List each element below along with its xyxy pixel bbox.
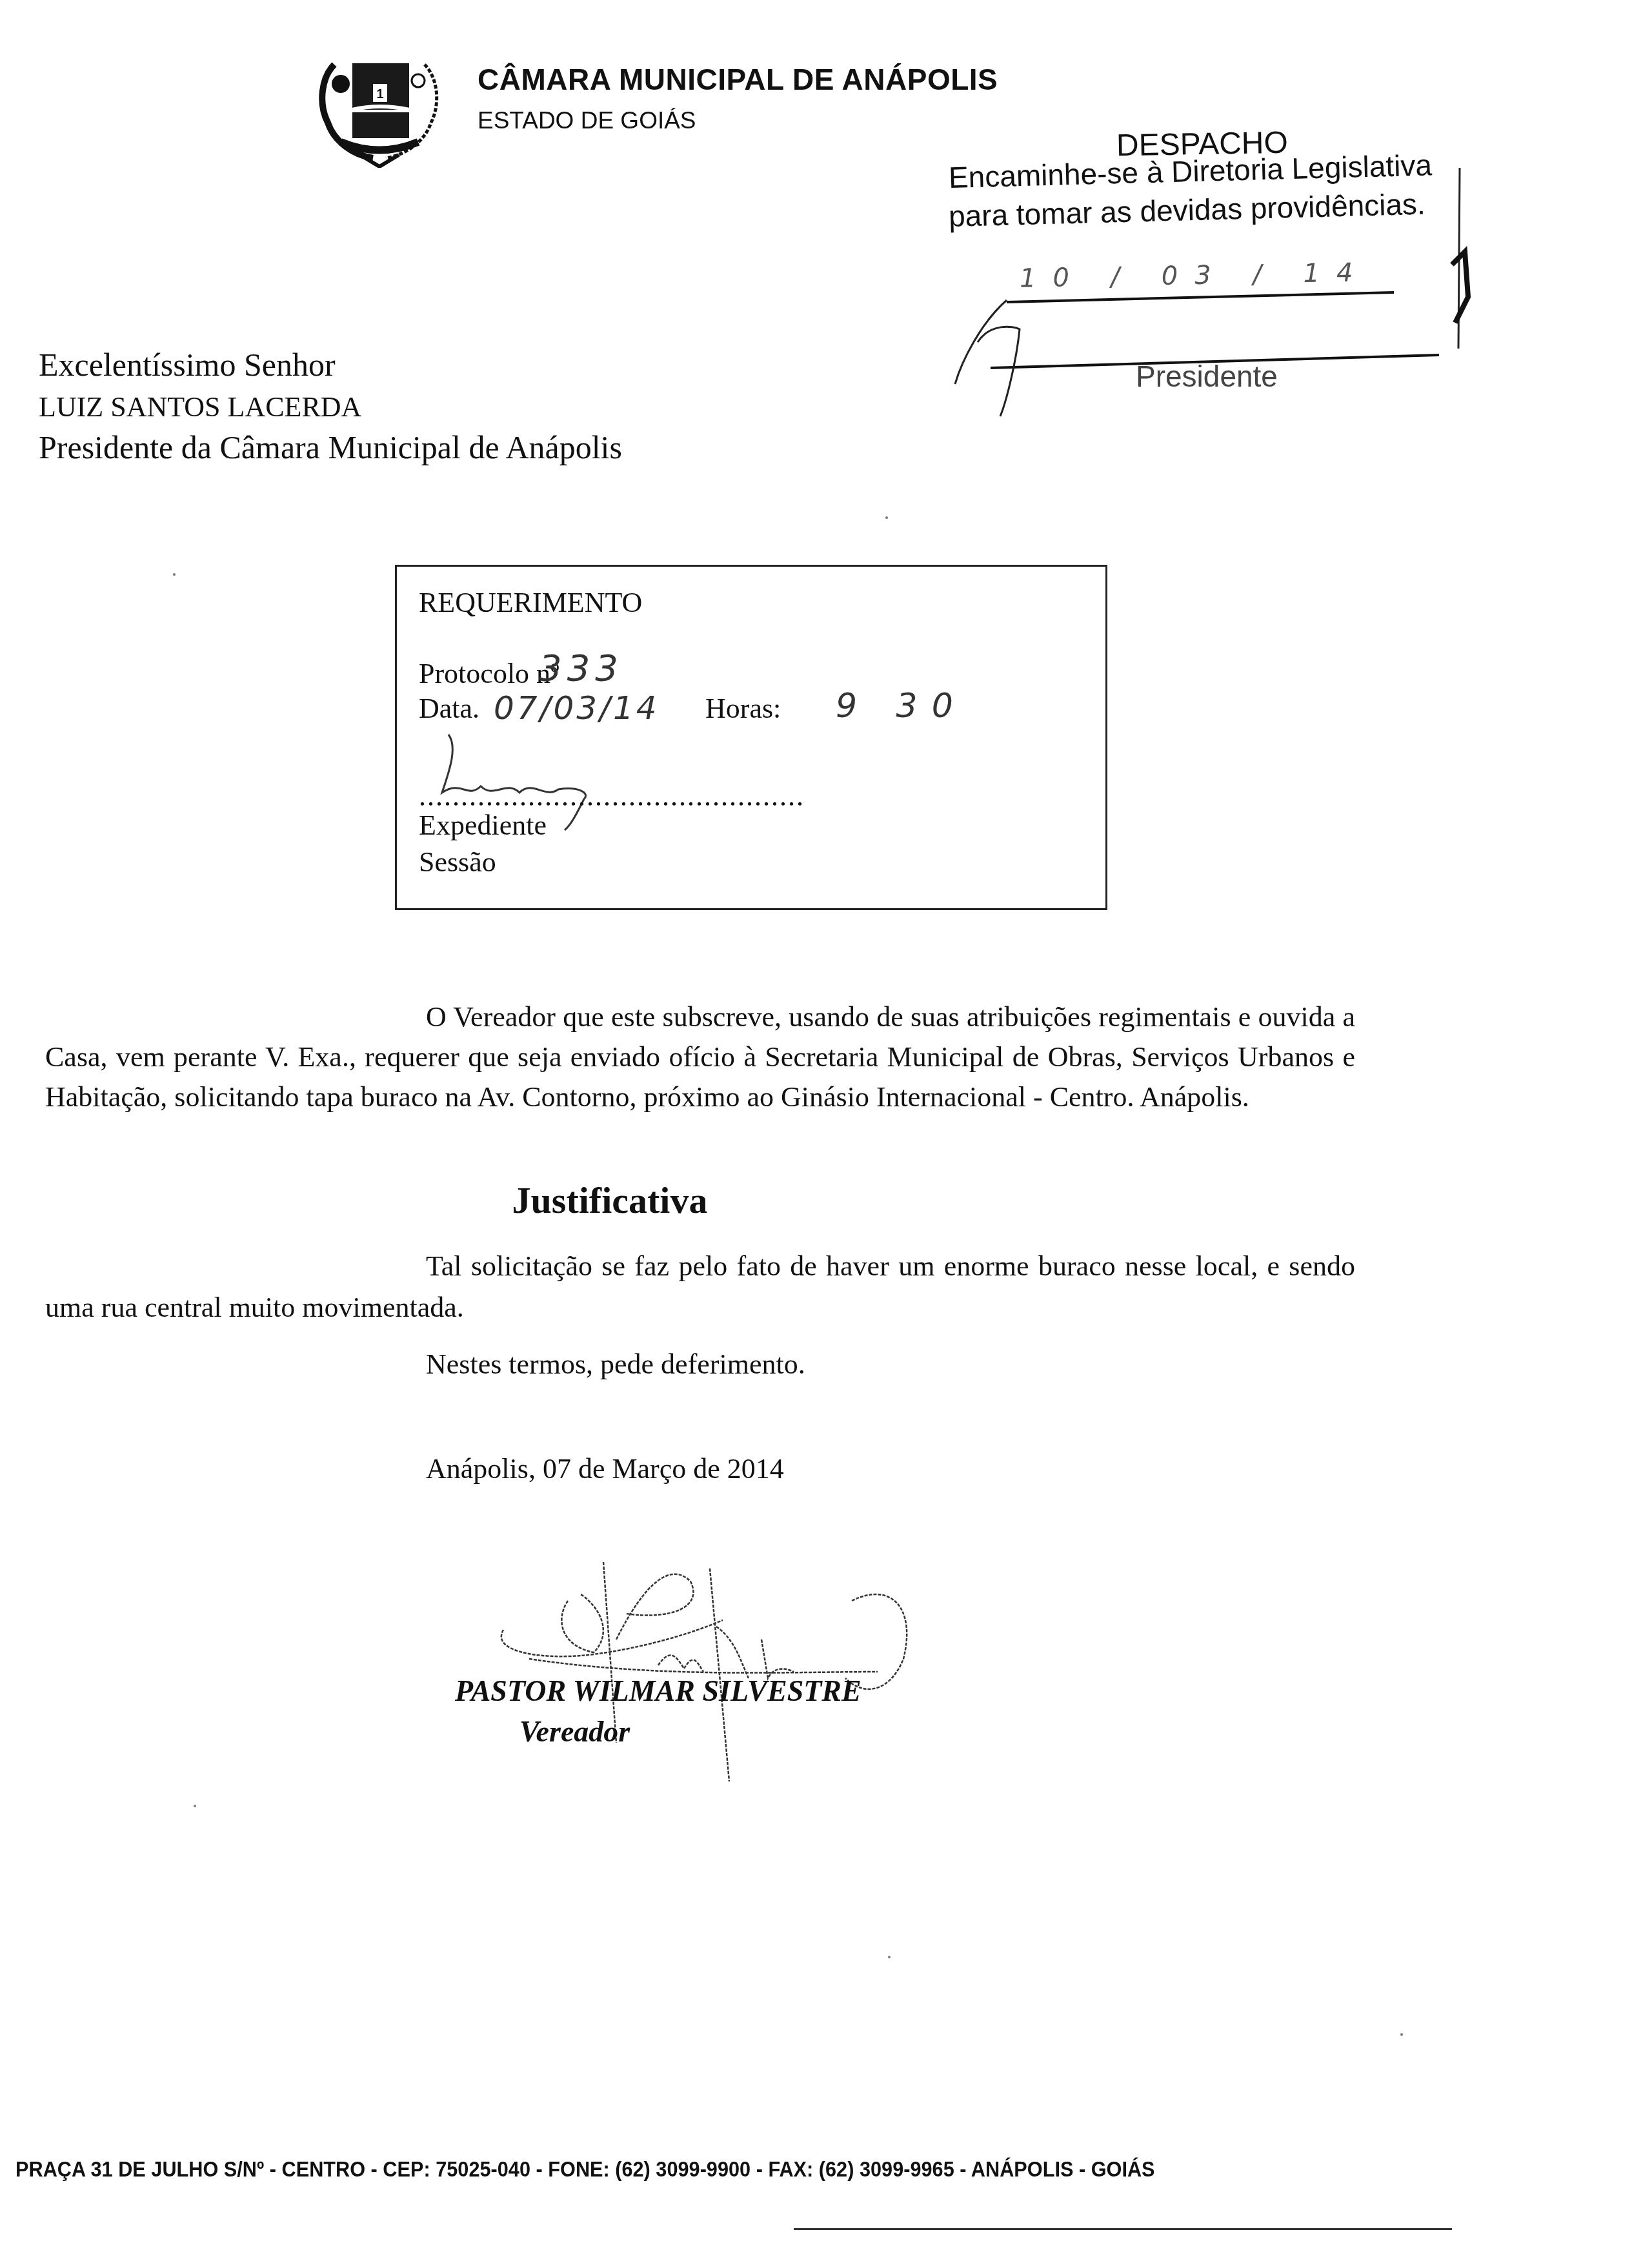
justification-heading: Justificativa xyxy=(0,1179,1220,1222)
date-value: 07/03/14 xyxy=(494,689,660,727)
protocol-number: 333 xyxy=(539,647,623,689)
svg-text:1: 1 xyxy=(376,87,383,101)
signer-name: PASTOR WILMAR SILVESTRE xyxy=(455,1674,861,1708)
organization-state: ESTADO DE GOIÁS xyxy=(478,107,696,134)
hours-value: 9 30 xyxy=(836,687,967,726)
municipal-crest-icon: 1 xyxy=(315,45,444,168)
justification-paragraph: Tal solicitação se faz pelo fato de have… xyxy=(45,1246,1355,1328)
vereador-signature xyxy=(465,1556,1078,1788)
sessao-label: Sessão xyxy=(419,846,496,878)
scan-speck xyxy=(888,1956,891,1958)
scan-speck xyxy=(885,516,888,519)
signature-dotted-line: ........................................… xyxy=(419,780,805,813)
place-and-date: Anápolis, 07 de Março de 2014 xyxy=(426,1452,784,1485)
expediente-label: Expediente xyxy=(419,809,547,842)
scan-speck xyxy=(194,1805,196,1807)
closing-line: Nestes termos, pede deferimento. xyxy=(426,1348,805,1381)
footer-divider xyxy=(794,2228,1452,2230)
request-paragraph: O Vereador que este subscreve, usando de… xyxy=(45,997,1355,1117)
organization-name: CÂMARA MUNICIPAL DE ANÁPOLIS xyxy=(478,62,998,97)
date-label: Data. xyxy=(419,692,479,725)
scan-speck xyxy=(173,573,176,576)
hours-label: Horas: xyxy=(705,692,781,725)
addressee-salutation: Excelentíssimo Senhor xyxy=(39,346,336,383)
addressee-name: LUIZ SANTOS LACERDA xyxy=(39,391,361,423)
footer-address: PRAÇA 31 DE JULHO S/Nº - CENTRO - CEP: 7… xyxy=(15,2157,1155,2182)
addressee-title: Presidente da Câmara Municipal de Anápol… xyxy=(39,429,622,466)
scan-speck xyxy=(1400,2033,1403,2036)
requerimento-protocol-box: REQUERIMENTO Protocolo nº 333 Data. 07/0… xyxy=(395,565,1107,910)
despacho-date: 10 / 03 / 14 xyxy=(1020,258,1370,293)
despacho-signature-label: Presidente xyxy=(1136,359,1278,394)
signer-role: Vereador xyxy=(519,1714,630,1749)
requerimento-title: REQUERIMENTO xyxy=(419,586,642,619)
